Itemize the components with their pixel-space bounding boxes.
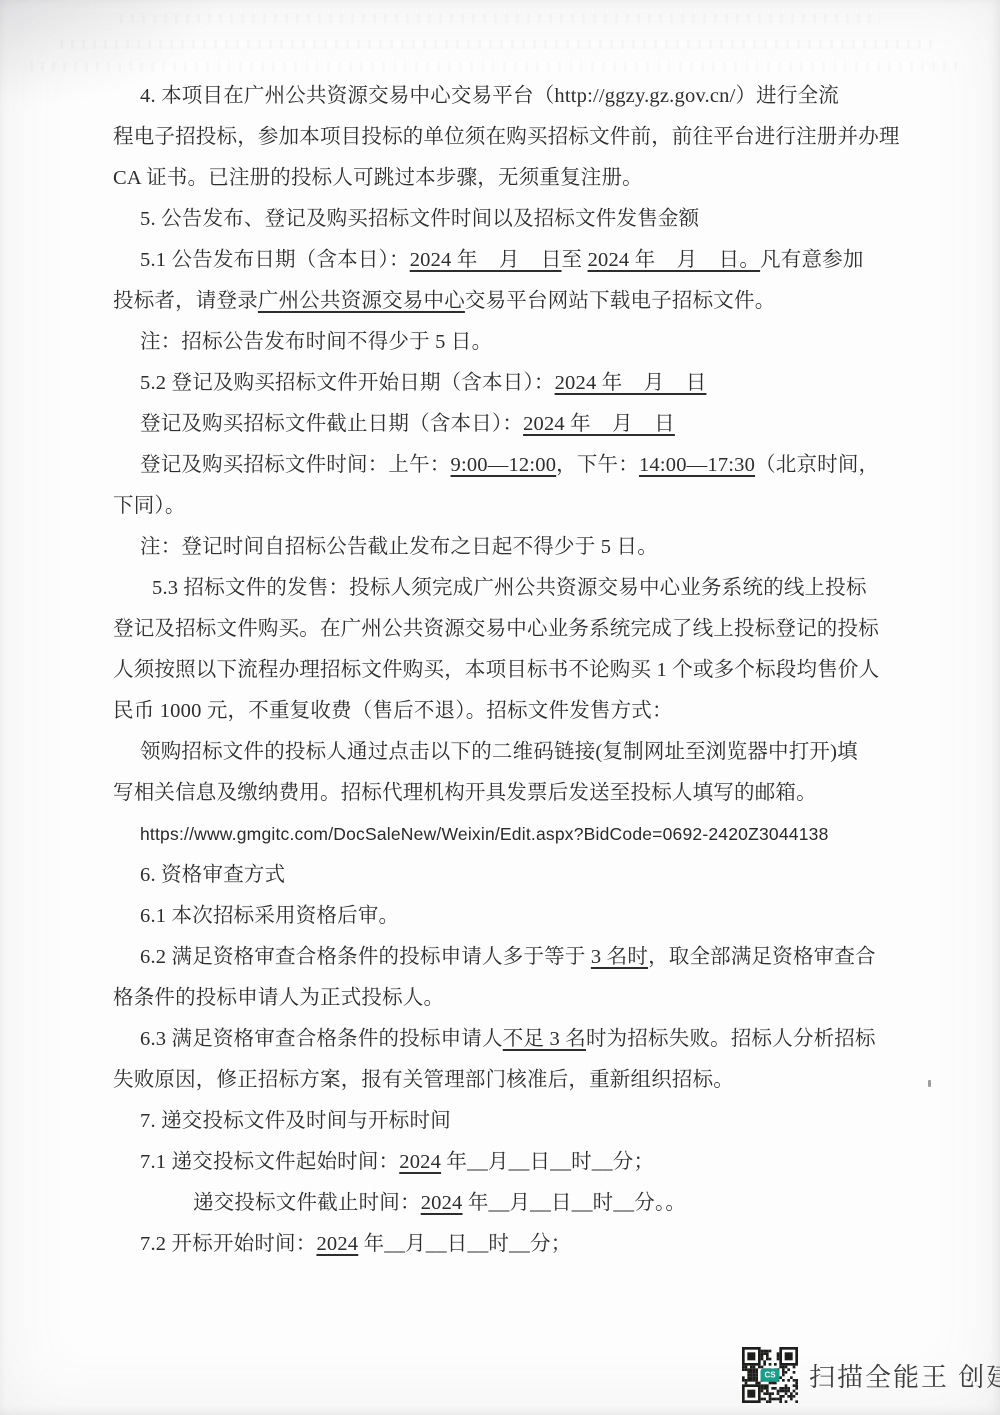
text-segment: 7. 递交投标文件及时间与开标时间	[140, 1110, 451, 1132]
fill-in-blank-segment: 14:00—17:30	[639, 454, 755, 476]
document-line: 6.1 本次招标采用资格后审。	[113, 896, 913, 937]
text-segment: 5. 公告发布、登记及购买招标文件时间以及招标文件发售金额	[140, 208, 699, 230]
text-segment: 4. 本项目在广州公共资源交易中心交易平台（http://ggzy.gz.gov…	[140, 85, 839, 107]
fill-in-blank-segment: 不足 3 名	[503, 1028, 586, 1050]
document-line: 5.1 公告发布日期（含本日）：2024 年 月 日至 2024 年 月 日。凡…	[113, 240, 913, 281]
fill-in-blank-segment: 2024 年 月 日。	[588, 249, 761, 271]
text-segment: 交易平台网站下载电子招标文件。	[465, 290, 776, 312]
text-segment: ，下午：	[556, 454, 639, 476]
text-segment: 格条件的投标申请人为正式投标人。	[113, 987, 444, 1009]
document-line: 投标者，请登录广州公共资源交易中心交易平台网站下载电子招标文件。	[113, 281, 913, 322]
text-segment: ，取全部满足资格审查合	[648, 946, 876, 968]
document-line: 6.3 满足资格审查合格条件的投标申请人不足 3 名时为招标失败。招标人分析招标	[113, 1019, 913, 1060]
document-line: 失败原因，修正招标方案，报有关管理部门核准后，重新组织招标。	[113, 1060, 913, 1101]
text-segment: 民币 1000 元，不重复收费（售后不退）。招标文件发售方式：	[113, 700, 673, 722]
text-segment: 登记及招标文件购买。在广州公共资源交易中心业务系统完成了线上投标登记的投标	[113, 618, 879, 640]
document-line: 人须按照以下流程办理招标文件购买，本项目标书不论购买 1 个或多个标段均售价人	[113, 650, 913, 691]
text-segment: 年__月__日__时__分；	[441, 1151, 654, 1173]
document-line-url: https://www.gmgitc.com/DocSaleNew/Weixin…	[113, 814, 913, 855]
text-segment: 时为招标失败。招标人分析招标	[586, 1028, 876, 1050]
text-segment: 5.3 招标文件的发售：投标人须完成广州公共资源交易中心业务系统的线上投标	[152, 577, 867, 599]
camscanner-logo-badge: CS	[761, 1369, 780, 1382]
document-line: CA 证书。已注册的投标人可跳过本步骤，无须重复注册。	[113, 158, 913, 199]
document-body: 4. 本项目在广州公共资源交易中心交易平台（http://ggzy.gz.gov…	[113, 76, 913, 1265]
document-line: 注：招标公告发布时间不得少于 5 日。	[113, 322, 913, 363]
fill-in-blank-segment: 2024	[421, 1192, 463, 1214]
text-segment: 注：招标公告发布时间不得少于 5 日。	[140, 331, 492, 353]
text-segment: 年__月__日__时__分。。	[463, 1192, 687, 1214]
fill-in-blank-segment: 2024	[316, 1233, 358, 1255]
fill-in-blank-segment: 2024 年 月 日	[523, 413, 675, 435]
document-line: 领购招标文件的投标人通过点击以下的二维码链接(复制网址至浏览器中打开)填	[113, 732, 913, 773]
document-line: 登记及购买招标文件截止日期（含本日）：2024 年 月 日	[113, 404, 913, 445]
fill-in-blank-segment: 2024	[399, 1151, 441, 1173]
document-line: 下同）。	[113, 486, 913, 527]
text-segment: 7.1 递交投标文件起始时间：	[140, 1151, 399, 1173]
fill-in-blank-segment: 2024 年 月 日	[410, 249, 562, 271]
scan-artifact	[928, 1080, 931, 1087]
text-segment: 至	[562, 249, 588, 271]
text-segment: 下同）。	[113, 495, 186, 517]
text-segment: 凡有意参加	[760, 249, 864, 271]
fill-in-blank-segment: 广州公共资源交易中心	[258, 290, 465, 312]
text-segment: 递交投标文件截止时间：	[193, 1192, 421, 1214]
fill-in-blank-segment: 2024 年 月 日	[555, 372, 707, 394]
fill-in-blank-segment: 3 名时	[591, 946, 648, 968]
text-segment: 人须按照以下流程办理招标文件购买，本项目标书不论购买 1 个或多个标段均售价人	[113, 659, 879, 681]
text-segment: 投标者，请登录	[113, 290, 258, 312]
document-line: 登记及购买招标文件时间：上午：9:00—12:00，下午：14:00—17:30…	[113, 445, 913, 486]
scan-artifact	[60, 40, 940, 49]
text-segment: 年__月__日__时__分；	[358, 1233, 571, 1255]
text-segment: CA 证书。已注册的投标人可跳过本步骤，无须重复注册。	[113, 167, 643, 189]
watermark-text: 扫描全能王 创建	[809, 1357, 1000, 1394]
document-line: 5.3 招标文件的发售：投标人须完成广州公共资源交易中心业务系统的线上投标	[113, 568, 913, 609]
document-line: 民币 1000 元，不重复收费（售后不退）。招标文件发售方式：	[113, 691, 913, 732]
text-segment: 注：登记时间自招标公告截止发布之日起不得少于 5 日。	[140, 536, 658, 558]
document-line: 4. 本项目在广州公共资源交易中心交易平台（http://ggzy.gz.gov…	[113, 76, 913, 117]
text-segment: 5.1 公告发布日期（含本日）：	[140, 249, 410, 271]
text-segment: 5.2 登记及购买招标文件开始日期（含本日）：	[140, 372, 555, 394]
text-segment: 6.2 满足资格审查合格条件的投标申请人多于等于	[140, 946, 591, 968]
document-line: 7. 递交投标文件及时间与开标时间	[113, 1101, 913, 1142]
scan-artifact	[120, 14, 880, 23]
fill-in-blank-segment: 9:00—12:00	[451, 454, 557, 476]
text-segment: 程电子招投标，参加本项目投标的单位须在购买招标文件前，前往平台进行注册并办理	[113, 126, 900, 148]
text-segment: 登记及购买招标文件时间：上午：	[140, 454, 451, 476]
document-line: 注：登记时间自招标公告截止发布之日起不得少于 5 日。	[113, 527, 913, 568]
text-segment: 6.1 本次招标采用资格后审。	[140, 905, 399, 927]
text-segment: 登记及购买招标文件截止日期（含本日）：	[140, 413, 523, 435]
text-segment: https://www.gmgitc.com/DocSaleNew/Weixin…	[140, 824, 829, 844]
text-segment: 写相关信息及缴纳费用。招标代理机构开具发票后发送至投标人填写的邮箱。	[113, 782, 817, 804]
document-line: 登记及招标文件购买。在广州公共资源交易中心业务系统完成了线上投标登记的投标	[113, 609, 913, 650]
text-segment: 6.3 满足资格审查合格条件的投标申请人	[140, 1028, 503, 1050]
qr-code-icon: CS	[742, 1347, 798, 1403]
text-segment: 7.2 开标开始时间：	[140, 1233, 316, 1255]
document-line: 写相关信息及缴纳费用。招标代理机构开具发票后发送至投标人填写的邮箱。	[113, 773, 913, 814]
document-line: 6.2 满足资格审查合格条件的投标申请人多于等于 3 名时，取全部满足资格审查合	[113, 937, 913, 978]
document-line: 格条件的投标申请人为正式投标人。	[113, 978, 913, 1019]
scan-artifact	[30, 62, 960, 71]
document-line: 7.2 开标开始时间：2024 年__月__日__时__分；	[113, 1224, 913, 1265]
document-line: 5.2 登记及购买招标文件开始日期（含本日）：2024 年 月 日	[113, 363, 913, 404]
text-segment: 领购招标文件的投标人通过点击以下的二维码链接(复制网址至浏览器中打开)填	[140, 741, 858, 763]
document-line: 6. 资格审查方式	[113, 855, 913, 896]
document-line: 5. 公告发布、登记及购买招标文件时间以及招标文件发售金额	[113, 199, 913, 240]
text-segment: 6. 资格审查方式	[140, 864, 285, 886]
document-line: 7.1 递交投标文件起始时间：2024 年__月__日__时__分；	[113, 1142, 913, 1183]
text-segment: 失败原因，修正招标方案，报有关管理部门核准后，重新组织招标。	[113, 1069, 734, 1091]
document-line: 递交投标文件截止时间：2024 年__月__日__时__分。。	[113, 1183, 913, 1224]
scanned-document-page: 4. 本项目在广州公共资源交易中心交易平台（http://ggzy.gz.gov…	[0, 0, 1000, 1415]
text-segment: （北京时间，	[755, 454, 879, 476]
camscanner-watermark: CS 扫描全能王 创建	[742, 1347, 1000, 1403]
document-line: 程电子招投标，参加本项目投标的单位须在购买招标文件前，前往平台进行注册并办理	[113, 117, 913, 158]
